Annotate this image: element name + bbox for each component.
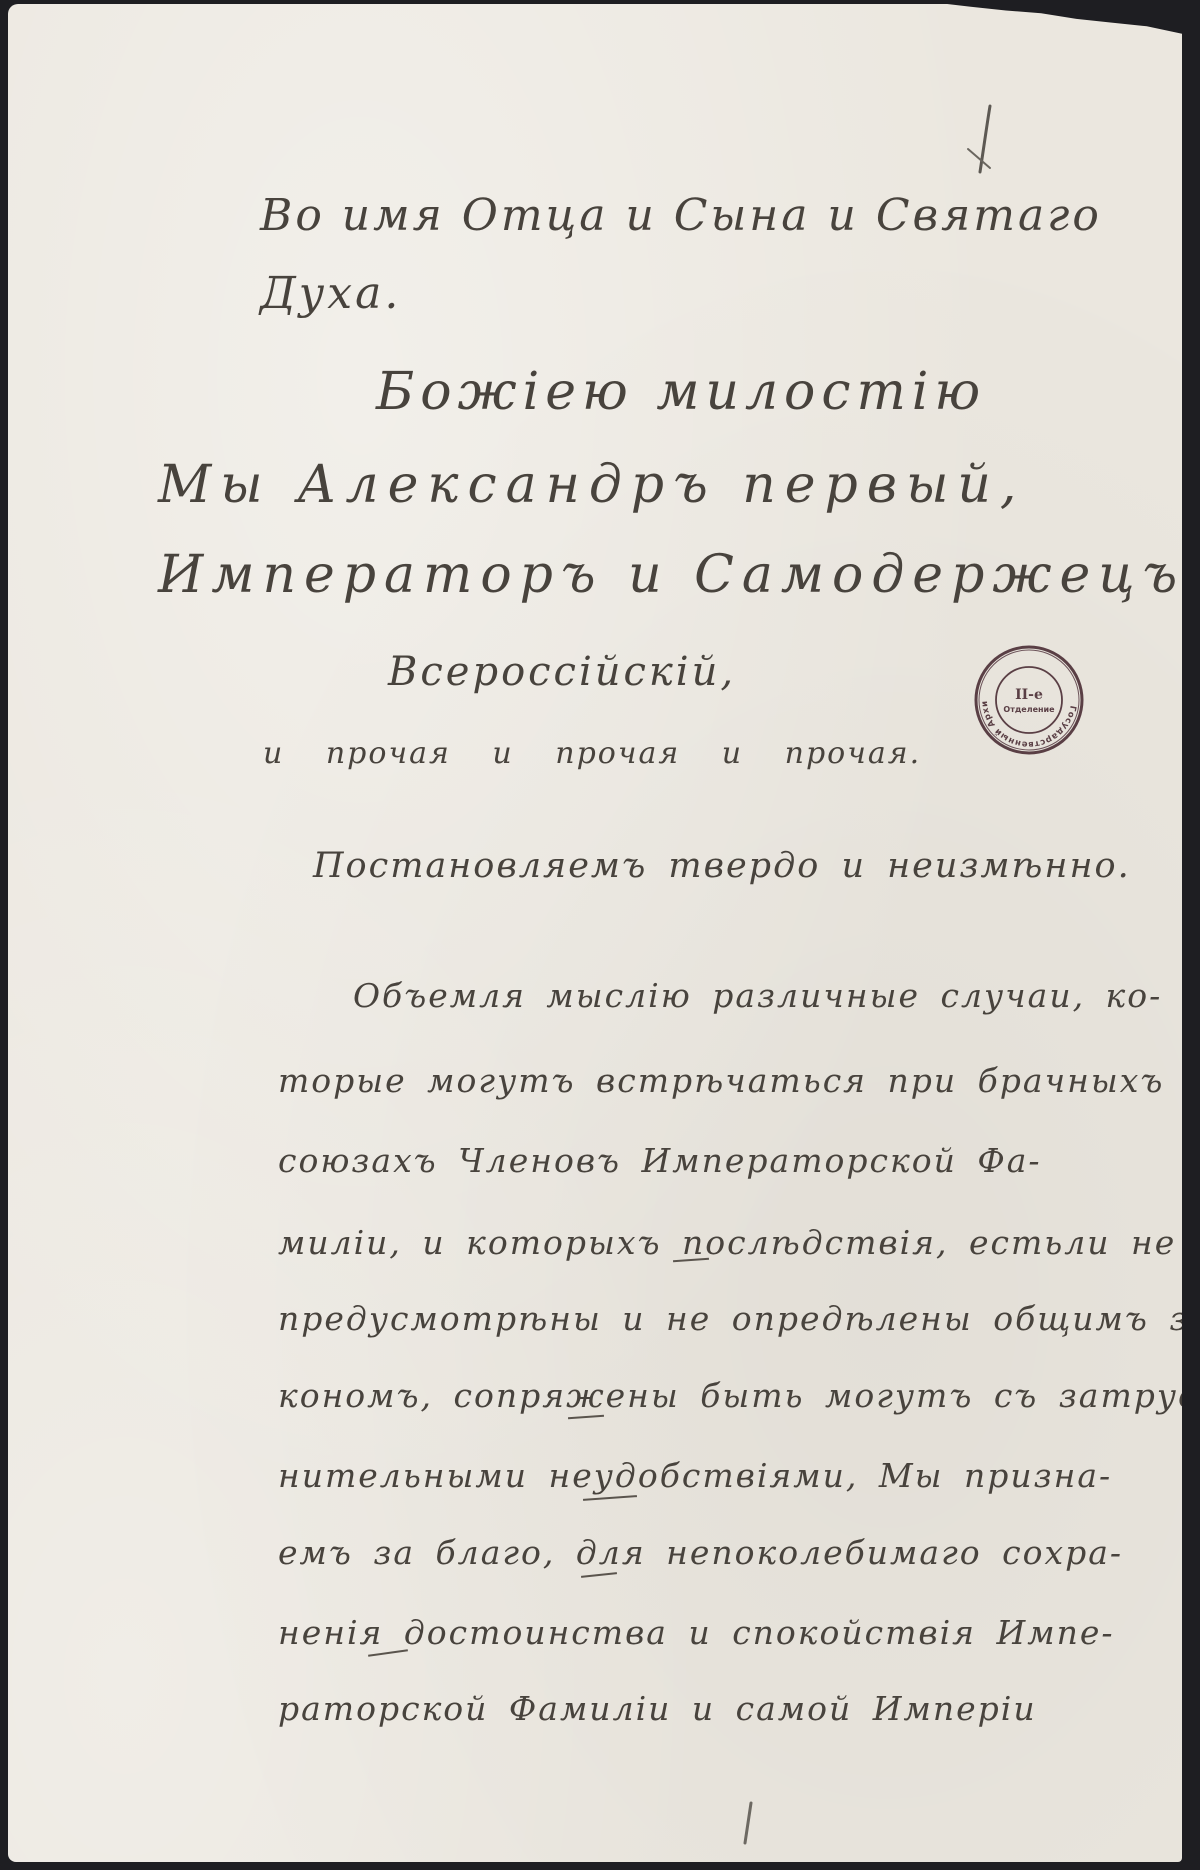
underline-mark [568, 1415, 604, 1420]
etc-line: и прочая и прочая и прочая. [263, 739, 921, 769]
by-grace-line: Божіею милостію [376, 366, 986, 418]
paragraph-line-7: нительными неудобствіями, Мы призна- [278, 1459, 1112, 1492]
paragraph-line-9: ненія достоинства и спокойствія Импе- [278, 1616, 1115, 1649]
paragraph-line-4: миліи, и которыхъ послѣдствія, естьли не [278, 1226, 1176, 1259]
paragraph-line-1: Объемля мыслію различные случаи, ко- [353, 979, 1162, 1012]
emperor-name-line: Мы Александръ первый, [158, 459, 1025, 511]
stamp-inner-line-2: Отделение [1003, 705, 1055, 714]
invocation-line-1: Во имя Отца и Сына и Святаго [260, 194, 1102, 238]
bottom-folio-mark [741, 1801, 755, 1845]
paragraph-line-6: кономъ, сопряжены быть могутъ съ затруд- [278, 1379, 1200, 1412]
invocation-line-2: Духа. [260, 272, 401, 316]
decree-line: Постановляемъ твердо и неизмѣнно. [313, 849, 1131, 884]
emperor-title-line: Императоръ и Самодержецъ [158, 549, 1185, 601]
realm-line: Всероссійскій, [388, 652, 736, 692]
manuscript-page: Во имя Отца и Сына и Святаго Духа. Божіе… [8, 4, 1182, 1862]
folio-number-mark [960, 104, 1000, 179]
paragraph-line-3: союзахъ Членовъ Императорской Фа- [278, 1144, 1042, 1177]
archive-stamp: Государственный Архив Р.С.Ф.С.Р. II-е От… [973, 644, 1085, 756]
underline-mark [583, 1495, 637, 1501]
underline-mark [581, 1572, 617, 1578]
paragraph-line-5: предусмотрѣны и не опредѣлены общимъ за- [278, 1302, 1200, 1335]
paragraph-line-2: торые могутъ встрѣчаться при брачныхъ [278, 1064, 1164, 1097]
paragraph-line-8: емъ за благо, для непоколебимаго сохра- [278, 1536, 1123, 1569]
stamp-inner-line-1: II-е [1015, 687, 1043, 703]
paragraph-line-10: раторской Фамиліи и самой Имперіи [278, 1692, 1037, 1725]
